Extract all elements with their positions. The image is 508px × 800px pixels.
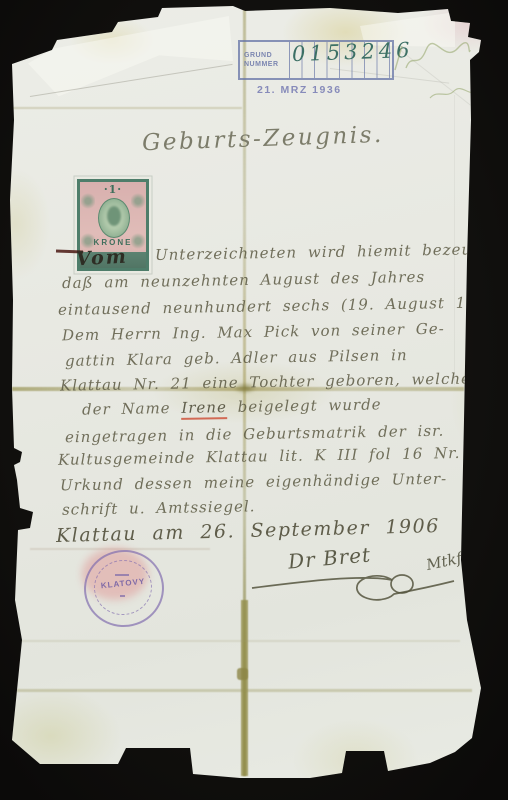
body-line-with-name: der Name Irene beigelegt wurde: [82, 395, 382, 418]
stamp-value: ·1·: [80, 183, 146, 196]
horizontal-crease-faint: [20, 640, 460, 642]
body-line: schrift u. Amtssiegel.: [62, 497, 256, 518]
body-line: daß am neunzehnten August des Jahres: [62, 268, 425, 292]
highlighted-name: Irene: [181, 398, 227, 420]
body-line: Dem Herrn Ing. Max Pick von seiner Ge-: [62, 320, 445, 345]
signature-annotation: Mtkf.: [425, 548, 468, 574]
registry-label-line2: NUMMER: [244, 60, 289, 69]
registry-label-line1: GRUND: [244, 51, 289, 60]
vertical-fold-blot: [237, 668, 248, 680]
official-seal: KLATOVY: [82, 548, 168, 630]
place-date-line: Klattau am 26. September 1906: [56, 515, 440, 547]
registry-stamp-label: GRUND NUMMER: [240, 42, 290, 78]
date-stamp: 21. MRZ 1936: [257, 84, 342, 96]
body-line: Kultusgemeinde Klattau lit. K III fol 16…: [58, 443, 503, 469]
pencil-scribble: [428, 86, 478, 102]
body-line: Unterzeichneten wird hiemit bezeugt,: [155, 240, 496, 264]
document-paper: GRUND NUMMER 0153246 21. MRZ 1936 Geburt…: [0, 0, 508, 800]
body-line: gattin Klara geb. Adler aus Pilsen in: [65, 346, 408, 370]
registry-number-stamp: GRUND NUMMER 0153246: [238, 40, 394, 80]
stamp-handwritten-overprint: Vom: [75, 246, 128, 271]
revenue-stamp: ·1· KRONE Vom: [77, 179, 149, 271]
paper-fold-flap: [28, 16, 233, 98]
body-line: eintausend neunhundert sechs (19. August…: [58, 293, 505, 319]
vertical-fold-line-bottom: [241, 600, 248, 776]
photo-background: GRUND NUMMER 0153246 21. MRZ 1936 Geburt…: [0, 0, 508, 800]
pencil-scribble: [392, 40, 472, 76]
seal-decoration: [120, 595, 125, 597]
document-title: Geburts-Zeugnis.: [142, 122, 385, 156]
name-line-suffix: beigelegt wurde: [227, 395, 382, 416]
body-line: Urkund dessen meine eigenhändige Unter-: [60, 470, 447, 495]
stamp-portrait-oval: [98, 198, 130, 238]
body-line: eingetragen in die Geburtsmatrik der isr…: [65, 422, 445, 447]
signature-flourish: [250, 568, 458, 602]
stamp-portrait: [107, 206, 121, 226]
seal-decoration: [115, 574, 129, 576]
horizontal-crease-faint: [14, 689, 472, 692]
horizontal-crease-faint: [12, 107, 242, 109]
name-line-prefix: der Name: [82, 399, 182, 419]
